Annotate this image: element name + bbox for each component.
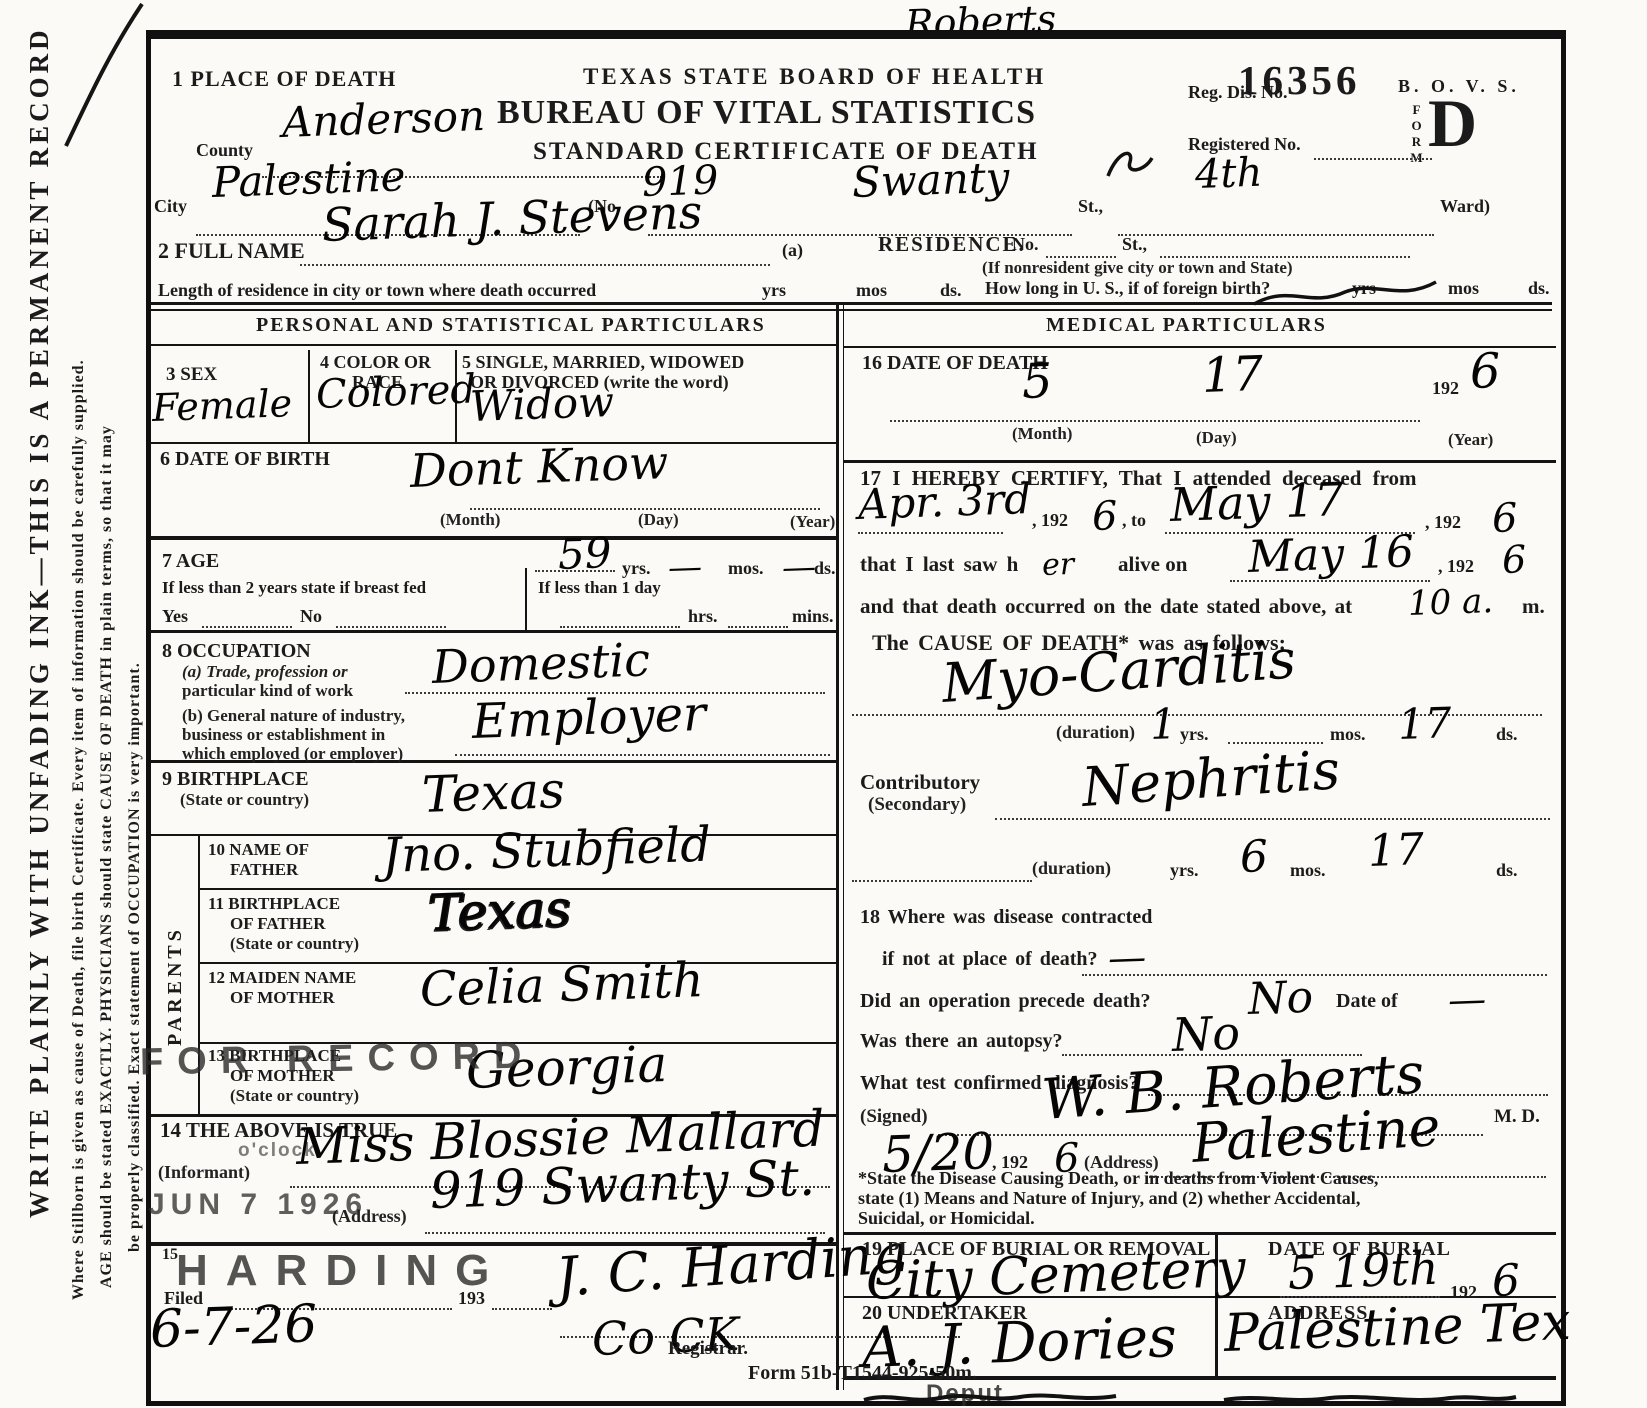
last-seen-date-value: May 16 [1247, 526, 1415, 583]
hrs-label: hrs. [688, 606, 718, 627]
dotted-line [202, 624, 292, 628]
death-month-value: 5 [1021, 353, 1053, 410]
not-at-place-label: if not at place of death? [882, 948, 1098, 971]
race-value: Colored [315, 366, 476, 418]
name-a-label: (a) [782, 240, 803, 261]
to-label: , to [1122, 510, 1146, 531]
footnote-line3: Suicidal, or Homicidal. [858, 1208, 1035, 1229]
length-residence-label: Length of residence in city or town wher… [158, 280, 596, 301]
occupation-b-label-2: business or establishment in [182, 725, 385, 745]
sex-label: 3 SEX [166, 364, 217, 386]
margin-permanent-record-text: WRITE PLAINLY WITH UNFADING INK—THIS IS … [24, 26, 55, 1218]
duration1-yrs-label: yrs. [1180, 724, 1209, 745]
last-192-label: , 192 [1438, 556, 1474, 577]
rule-age-bottom [150, 630, 836, 633]
occupation-b-label-1: (b) General nature of industry, [182, 706, 405, 726]
rule-dob-bottom [150, 536, 836, 540]
ink-mark [1100, 142, 1160, 187]
occupation-a-label-2: particular kind of work [182, 681, 353, 701]
ward-label: Ward) [1440, 196, 1490, 217]
length-mos-label: mos [856, 280, 887, 301]
ink-mark [860, 1390, 1120, 1406]
street-label: St., [1078, 196, 1103, 217]
age-mos-label: mos. [728, 558, 764, 579]
dob-month-label: (Month) [440, 510, 500, 530]
mins-label: mins. [792, 606, 834, 627]
attended-to-value: May 17 [1169, 472, 1344, 532]
dotted-line [492, 1306, 552, 1310]
death-year-value: 6 [1469, 343, 1501, 400]
dotted-line [535, 568, 615, 572]
rule-under-medical-title [843, 346, 1556, 348]
rule-burial-top [843, 1232, 1556, 1235]
form-word-vertical: FORM [1408, 102, 1424, 172]
dotted-line [455, 752, 830, 756]
death-day-label: (Day) [1196, 428, 1237, 448]
attended-from-value: Apr. 3rd [857, 474, 1032, 529]
death-month-label: (Month) [1012, 424, 1072, 444]
place-of-death-label: 1 PLACE OF DEATH [172, 66, 396, 92]
dotted-line [560, 624, 680, 628]
burial-date-value: 5 19th [1287, 1241, 1439, 1300]
length-mos2-label: mos [1448, 278, 1479, 299]
dob-label: 6 DATE OF BIRTH [160, 448, 330, 471]
board-title: TEXAS STATE BOARD OF HEALTH [583, 64, 1046, 90]
to-192-label: , 192 [1425, 512, 1461, 533]
from-192-label: , 192 [1032, 510, 1068, 531]
filed-193-label: 193 [458, 1288, 485, 1309]
county-value: Anderson [281, 91, 486, 147]
dotted-line [1118, 232, 1434, 236]
age-days-value: — [781, 547, 816, 588]
registrar-label: Registrar. [668, 1338, 748, 1360]
father-name-label-2: FATHER [230, 860, 298, 880]
bureau-title: BUREAU OF VITAL STATISTICS [497, 94, 1036, 132]
marital-label-line1: 5 SINGLE, MARRIED, WIDOWED [462, 352, 744, 373]
father-bp-label-3: (State or country) [230, 934, 359, 954]
to-year-value: 6 [1491, 495, 1518, 542]
sex-race-divider [308, 350, 310, 442]
footnote-line2: state (1) Means and Nature of Injury, an… [858, 1188, 1360, 1209]
rule-dod-bottom [843, 460, 1556, 463]
mother-name-label-1: 12 MAIDEN NAME [208, 968, 356, 988]
undertaker-address-value: Palestine Tex [1223, 1292, 1572, 1364]
operation-answer: No [1247, 972, 1314, 1025]
lessday-label: If less than 1 day [538, 578, 661, 598]
mother-bp-label-3: (State or country) [230, 1086, 359, 1106]
duration2-ds-label: ds. [1496, 860, 1518, 881]
occupation-a-label-1: (a) Trade, profession or [182, 662, 348, 682]
dotted-line [1314, 156, 1432, 160]
form-letter-d: D [1428, 84, 1477, 163]
duration1-label: (duration) [1056, 722, 1135, 743]
md-label: M. D. [1494, 1106, 1540, 1128]
reg-dis-number: 16356 [1238, 56, 1361, 104]
dotted-line [1230, 578, 1430, 582]
margin-note-3: be properly classified. Exact statement … [126, 662, 144, 1252]
personal-section-title: PERSONAL AND STATISTICAL PARTICULARS [256, 314, 766, 337]
operation-date-label: Date of [1336, 990, 1398, 1013]
death-m-label: m. [1522, 594, 1545, 619]
street-value: Swanty [851, 153, 1010, 207]
operation-date-answer: — [1447, 977, 1487, 1022]
occupation-b-label-3: which employed (or employer) [182, 744, 403, 764]
death-certificate-scan: WRITE PLAINLY WITH UNFADING INK—THIS IS … [0, 0, 1647, 1408]
nonresident-note: (If nonresident give city or town and St… [982, 258, 1293, 278]
autopsy-question-label: Was there an autopsy? [860, 1030, 1063, 1053]
dotted-line [1082, 972, 1547, 976]
father-name-label-1: 10 NAME OF [208, 840, 309, 860]
mother-name-label-2: OF MOTHER [230, 988, 335, 1008]
margin-note-1: Where Stillborn is given as cause of Dea… [70, 359, 88, 1300]
duration1-ds-value: 17 [1397, 698, 1452, 749]
age-yrs-label: yrs. [622, 558, 651, 579]
duration2-mos-label: mos. [1290, 860, 1326, 881]
ink-mark [1220, 1392, 1520, 1406]
father-bp-value: Texas [427, 879, 572, 942]
parents-vertical-label: PARENTS [164, 926, 187, 1046]
length-ds-label: ds. [940, 280, 962, 301]
length-ds2-label: ds. [1528, 278, 1550, 299]
duration2-ds-value: 17 [1367, 824, 1425, 877]
duration2-yrs-label: yrs. [1170, 860, 1199, 881]
margin-note-2: AGE should be stated EXACTLY. PHYSICIANS… [98, 425, 116, 1288]
alive-on-label: alive on [1118, 552, 1187, 577]
breastfed-label: If less than 2 years state if breast fed [162, 578, 426, 598]
operation-question-label: Did an operation precede death? [860, 990, 1151, 1013]
residence-label: RESIDENCE. [878, 232, 1026, 257]
age-label: 7 AGE [162, 550, 219, 573]
residence-no-label: No. [1012, 234, 1039, 255]
medical-section-title: MEDICAL PARTICULARS [1046, 314, 1327, 337]
father-bp-label-1: 11 BIRTHPLACE [208, 894, 340, 914]
last-saw-label: that I last saw h [860, 552, 1018, 577]
occupation-b-value: Employer [471, 686, 707, 750]
age-months-value: — [667, 547, 702, 588]
yes-label: Yes [162, 606, 188, 627]
death-occurred-label: and that death occurred on the date stat… [860, 594, 1352, 619]
duration2-label: (duration) [1032, 858, 1111, 879]
ink-mark [1250, 274, 1440, 316]
death-time-value: 10 a. [1407, 581, 1494, 624]
dob-day-label: (Day) [638, 510, 679, 530]
dob-value: Dont Know [409, 435, 669, 498]
informant-label: (Informant) [158, 1162, 250, 1183]
informant-address-label: (Address) [332, 1206, 407, 1227]
dotted-line [300, 262, 770, 266]
birthplace-label: 9 BIRTHPLACE [162, 768, 309, 791]
death-day-value: 17 [1201, 346, 1264, 404]
residence-st-label: St., [1122, 234, 1147, 255]
death-year-label: (Year) [1448, 430, 1493, 450]
birthplace-sub-label: (State or country) [180, 790, 309, 810]
father-bp-label-2: OF FATHER [230, 914, 326, 934]
how-long-us-label: How long in U. S., if of foreign birth? [985, 278, 1270, 299]
footnote-line1: *State the Disease Causing Death, or in … [858, 1168, 1378, 1189]
from-year-value: 6 [1091, 493, 1118, 540]
no-label: No [300, 606, 322, 627]
birthplace-value: Texas [421, 761, 566, 824]
duration2-mos-value: 6 [1239, 831, 1269, 883]
rule-under-personal-title [150, 344, 836, 346]
contributory-label: Contributory [860, 770, 980, 795]
dotted-line [336, 624, 446, 628]
dotted-line [995, 816, 1550, 820]
city-label: City [154, 196, 187, 217]
full-name-label: 2 FULL NAME [158, 238, 305, 264]
occupation-label: 8 OCCUPATION [162, 640, 311, 663]
father-name-value: Jno. Stubfield [381, 817, 712, 884]
dotted-line [728, 624, 788, 628]
length-yrs-label: yrs [762, 280, 786, 301]
age-ds-label: ds. [814, 558, 836, 579]
dob-year-label: (Year) [790, 512, 835, 532]
age-divider [525, 568, 527, 630]
sex-value: Female [151, 381, 293, 430]
dotted-line [858, 530, 1003, 534]
dotted-line [890, 418, 1420, 422]
mother-name-value: Celia Smith [419, 952, 704, 1018]
last-year-value: 6 [1501, 537, 1527, 582]
duration1-ds-label: ds. [1496, 724, 1518, 745]
for-record-stamp: FOR RECORD [140, 1035, 536, 1085]
occupation-a-value: Domestic [431, 632, 651, 694]
her-handwritten: er [1041, 547, 1074, 583]
secondary-label: (Secondary) [868, 794, 966, 816]
marital-value: Widow [469, 377, 615, 431]
duration1-yrs-value: 1 [1149, 699, 1177, 749]
form-number: Form 51b-T1544-925-50m. [748, 1362, 977, 1385]
ward-value: 4th [1194, 150, 1263, 198]
dotted-line [852, 878, 1032, 882]
date-of-death-label: 16 DATE OF DEATH [862, 352, 1048, 375]
disease-contracted-label: 18 Where was disease contracted [860, 906, 1152, 929]
death-192-label: 192 [1432, 378, 1459, 399]
filed-date-value: 6-7-26 [149, 1294, 318, 1360]
ink-mark [58, 0, 148, 150]
